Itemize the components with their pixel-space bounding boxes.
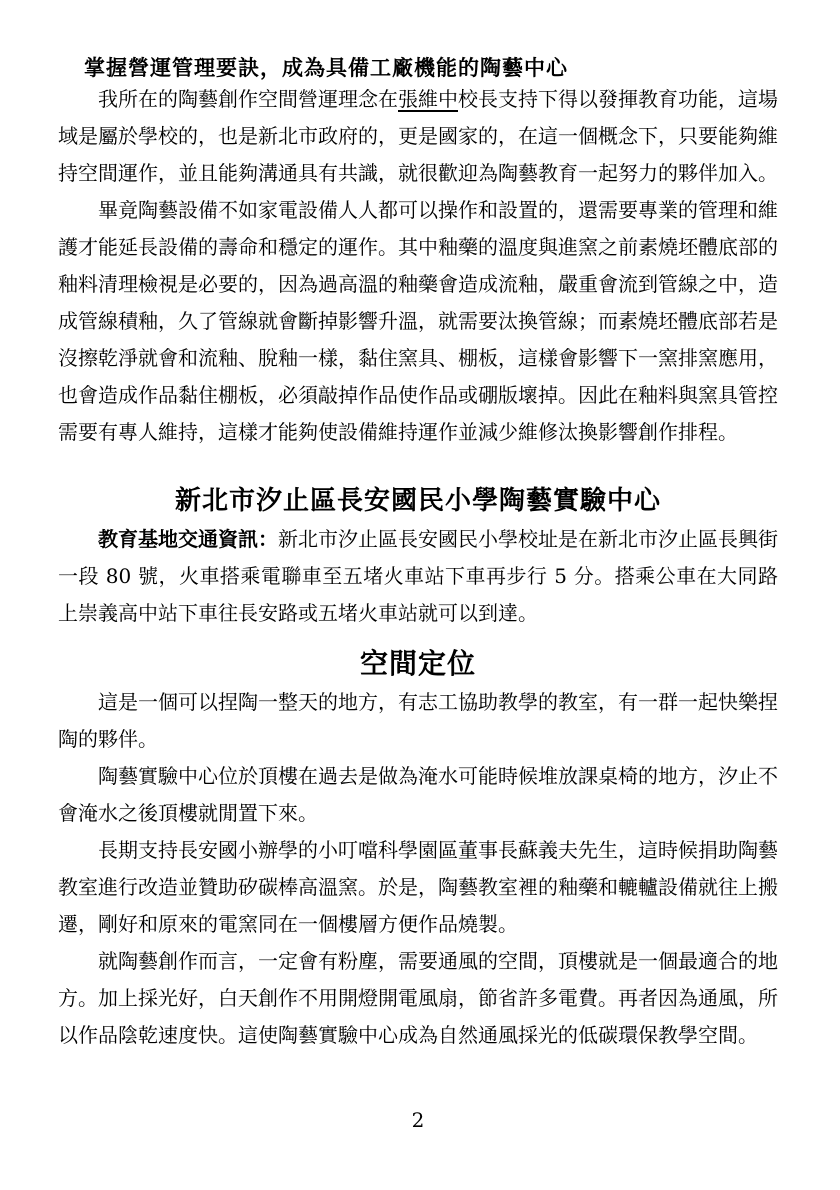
section-heading-school-center: 新北市汐止區長安國民小學陶藝實驗中心	[58, 481, 778, 521]
section-heading-space-positioning: 空間定位	[58, 644, 778, 684]
section-heading-management: 掌握營運管理要訣，成為具備工廠機能的陶藝中心	[84, 55, 778, 81]
paragraph-transport-info: 教育基地交通資訊：新北市汐止區長安國民小學校址是在新北市汐止區長興街一段 80 …	[58, 521, 778, 632]
page-number: 2	[58, 1106, 778, 1134]
paragraph-donation-renovation: 長期支持長安國小辦學的小叮噹科學園區董事長蘇義夫先生，這時候捐助陶藝教室進行改造…	[58, 832, 778, 943]
paragraph-equipment-maintenance: 畢竟陶藝設備不如家電設備人人都可以操作和設置的，還需要專業的管理和維護才能延長設…	[58, 192, 778, 451]
paragraph-ventilation-benefits: 就陶藝創作而言，一定會有粉塵，需要通風的空間，頂樓就是一個最適合的地方。加上採光…	[58, 943, 778, 1054]
paragraph-space-description: 這是一個可以捏陶一整天的地方，有志工協助教學的教室，有一群一起快樂捏陶的夥伴。	[58, 684, 778, 758]
transport-info-lead: 教育基地交通資訊：	[98, 527, 278, 551]
paragraph-operations-concept: 我所在的陶藝創作空間營運理念在張維中校長支持下得以發揮教育功能，這場域是屬於學校…	[58, 81, 778, 192]
paragraph-rooftop-history: 陶藝實驗中心位於頂樓在過去是做為淹水可能時候堆放課桌椅的地方，汐止不會淹水之後頂…	[58, 758, 778, 832]
principal-name-underlined: 張維中	[398, 87, 458, 111]
paragraph-text-before-name: 我所在的陶藝創作空間營運理念在	[98, 87, 398, 111]
document-page: 掌握營運管理要訣，成為具備工廠機能的陶藝中心 我所在的陶藝創作空間營運理念在張維…	[0, 0, 840, 1190]
document-content: 掌握營運管理要訣，成為具備工廠機能的陶藝中心 我所在的陶藝創作空間營運理念在張維…	[58, 0, 778, 1134]
